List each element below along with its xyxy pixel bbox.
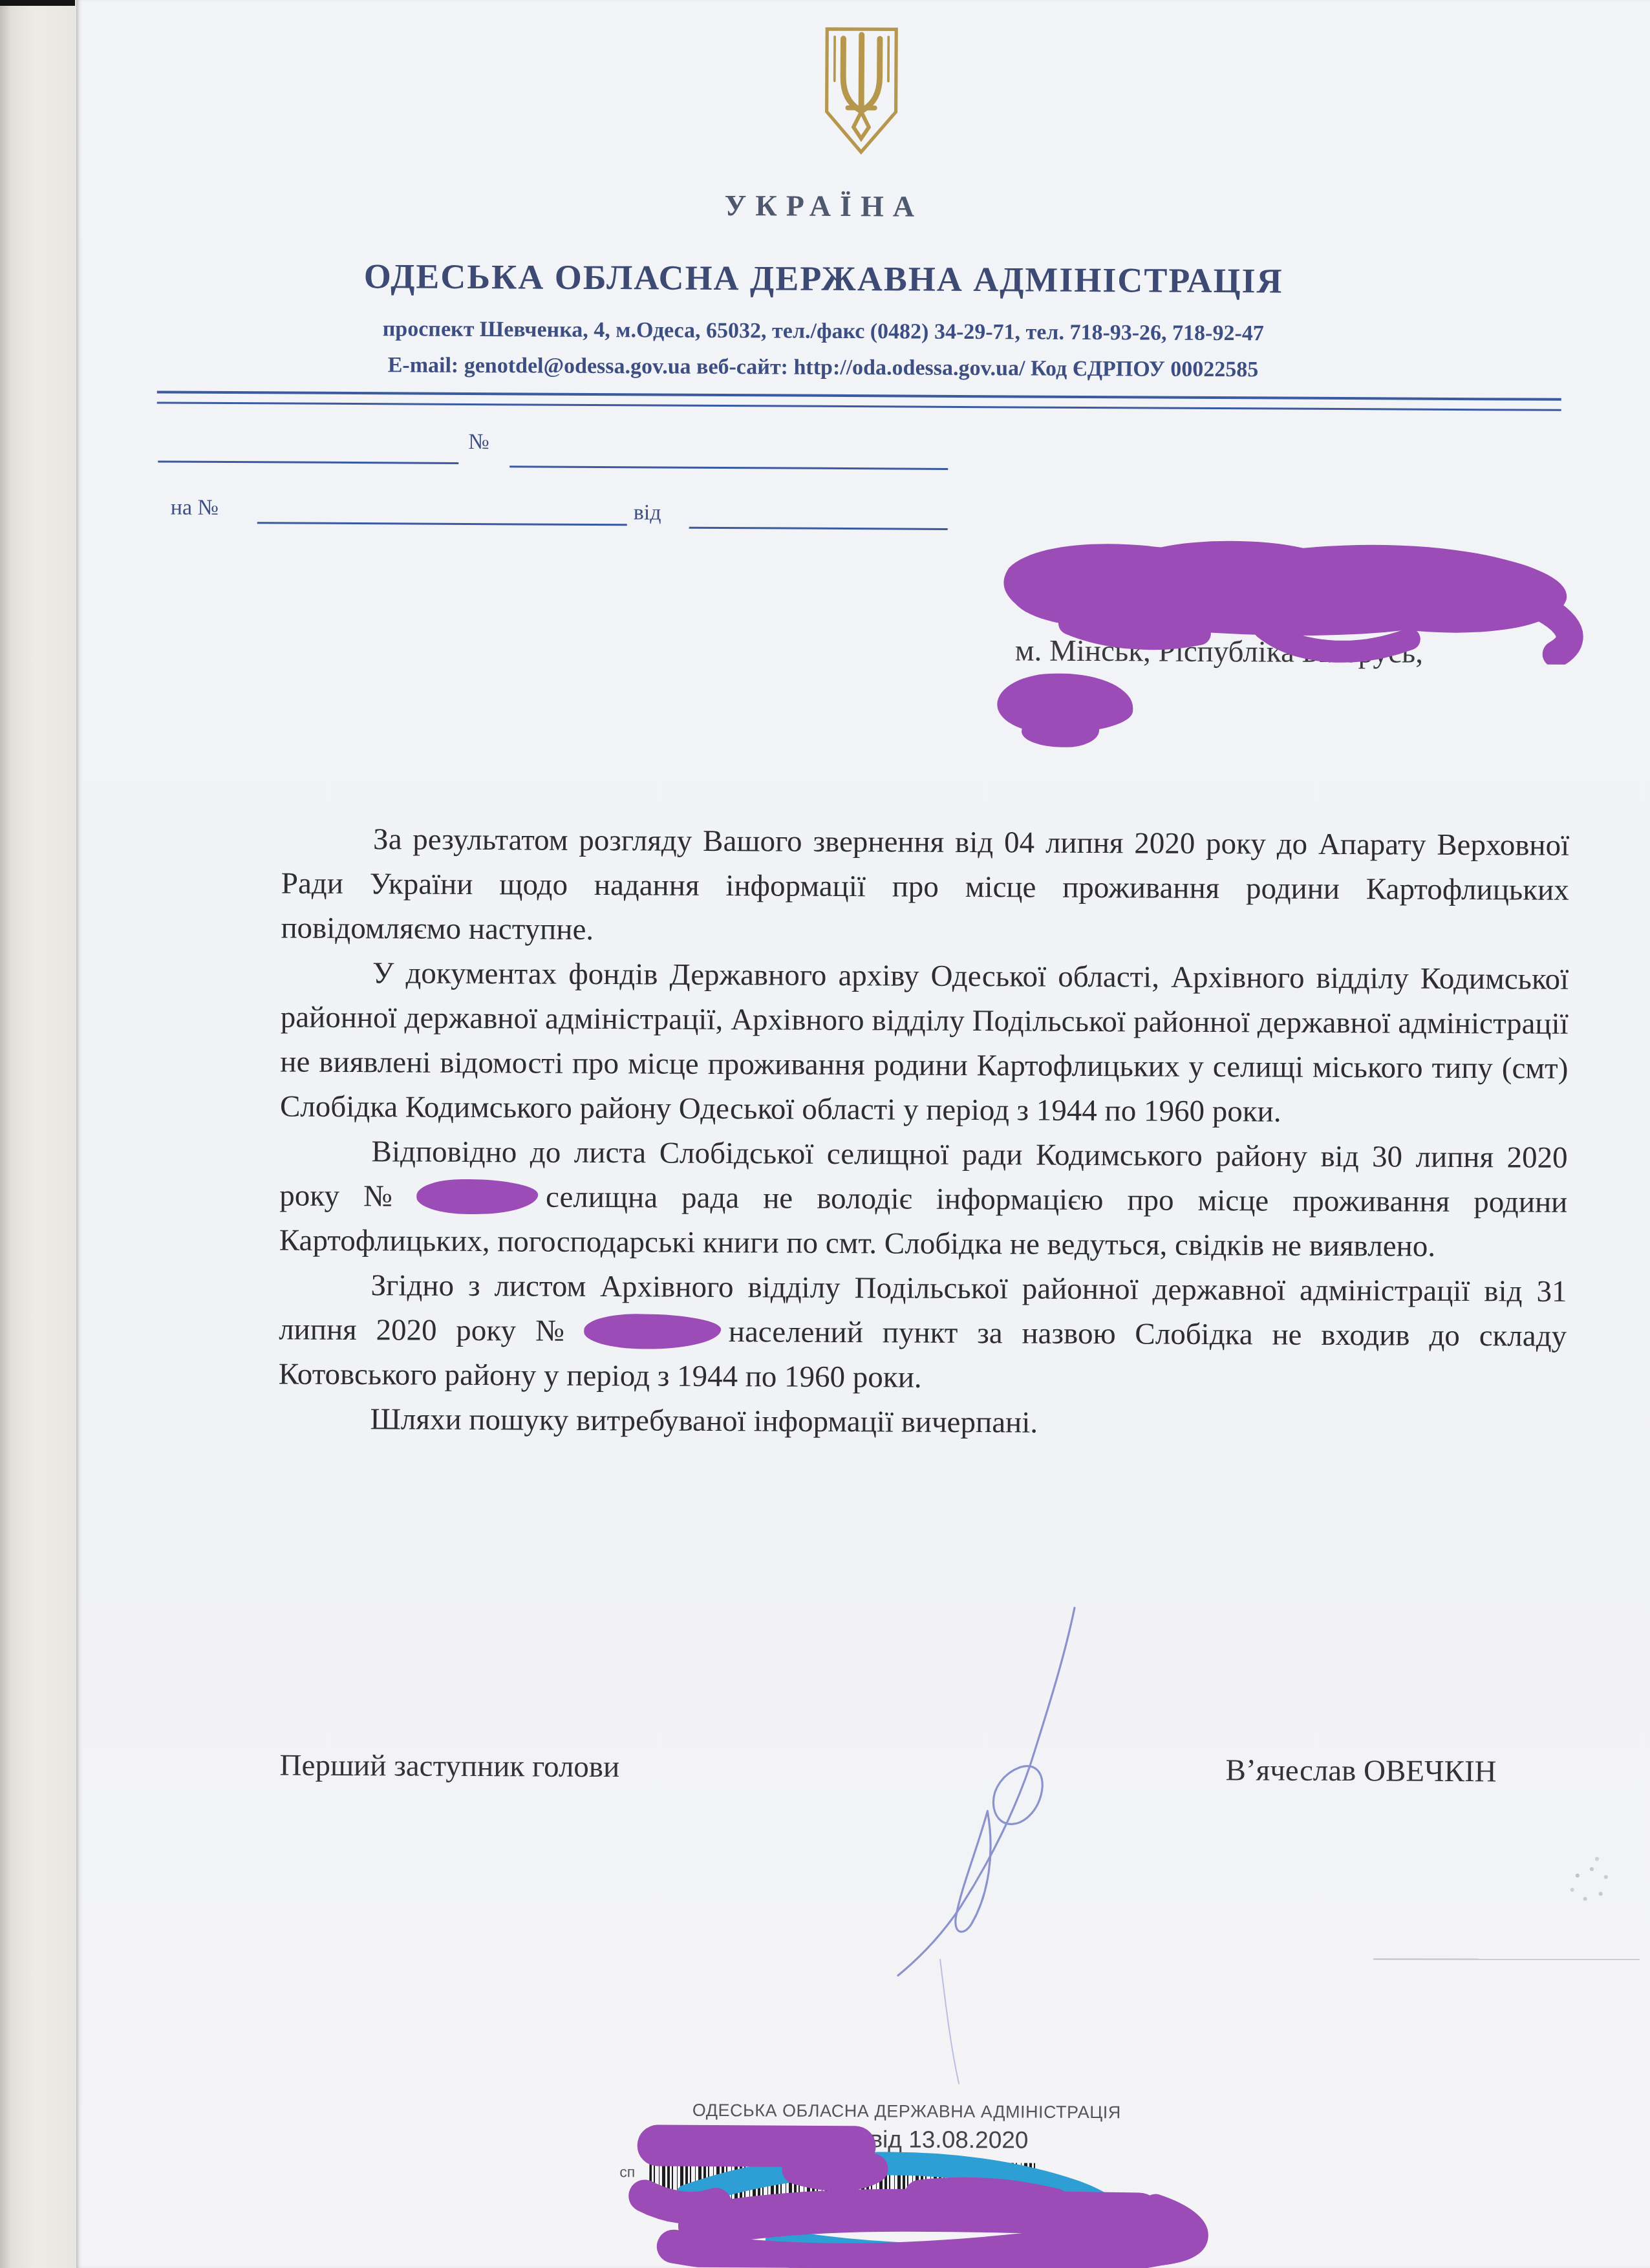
address-line-1: проспект Шевченка, 4, м.Одеса, 65032, те… xyxy=(0,315,1648,348)
signer-title: Перший заступник голови xyxy=(280,1748,620,1784)
redaction-blob-number xyxy=(584,1314,721,1349)
letter-body: За результатом розгляду Вашого звернення… xyxy=(278,817,1569,1448)
outgoing-number-label: № xyxy=(468,430,489,455)
date-blank-line xyxy=(158,460,458,464)
paper-crease xyxy=(1373,1958,1640,1960)
organization-name: ОДЕСЬКА ОБЛАСНА ДЕРЖАВНА АДМІНІСТРАЦІЯ xyxy=(0,254,1649,303)
body-paragraph-2: У документах фондів Державного архіву Од… xyxy=(280,950,1569,1135)
body-paragraph-1: За результатом розгляду Вашого звернення… xyxy=(281,817,1569,957)
reply-number-label: на № xyxy=(171,496,219,520)
signer-name: В’ячеслав ОВЕЧКІН xyxy=(1226,1753,1497,1789)
reply-date-blank-line xyxy=(689,527,948,530)
address-line-2: E-mail: genotdel@odessa.gov.ua веб-сайт:… xyxy=(0,351,1648,384)
scan-dot-artifact xyxy=(1576,1874,1580,1878)
signature-stroke xyxy=(849,1597,1123,2096)
body-paragraph-4: Згідно з листом Архівного відділу Поділь… xyxy=(279,1263,1567,1403)
paragraph-text: У документах фондів Державного архіву Од… xyxy=(280,956,1569,1128)
redaction-blob-recipient xyxy=(992,532,1614,665)
reply-number-blank-line xyxy=(257,522,627,526)
body-paragraph-3: Відповідно до листа Слобідської селищної… xyxy=(279,1129,1568,1269)
scanned-letter: УКРАЇНА ОДЕСЬКА ОБЛАСНА ДЕРЖАВНА АДМІНІС… xyxy=(0,0,1650,2268)
coat-of-arms-icon xyxy=(813,23,910,158)
number-blank-line xyxy=(509,465,948,470)
registration-stamp: ОДЕСЬКА ОБЛАСНА ДЕРЖАВНА АДМІНІСТРАЦІЯ 1… xyxy=(609,2096,1127,2268)
paragraph-text: За результатом розгляду Вашого звернення… xyxy=(281,822,1569,947)
letterhead-divider xyxy=(157,390,1561,411)
redaction-blob-number xyxy=(416,1179,538,1215)
reply-date-label: від xyxy=(634,500,661,525)
paragraph-text: Шляхи пошуку витребуваної інформації вич… xyxy=(370,1402,1038,1439)
footer-marker-scribbles xyxy=(596,2105,1243,2268)
country-title: УКРАЇНА xyxy=(0,184,1649,227)
redaction-blob-recipient-2 xyxy=(997,673,1133,733)
body-paragraph-5: Шляхи пошуку витребуваної інформації вич… xyxy=(278,1396,1566,1448)
